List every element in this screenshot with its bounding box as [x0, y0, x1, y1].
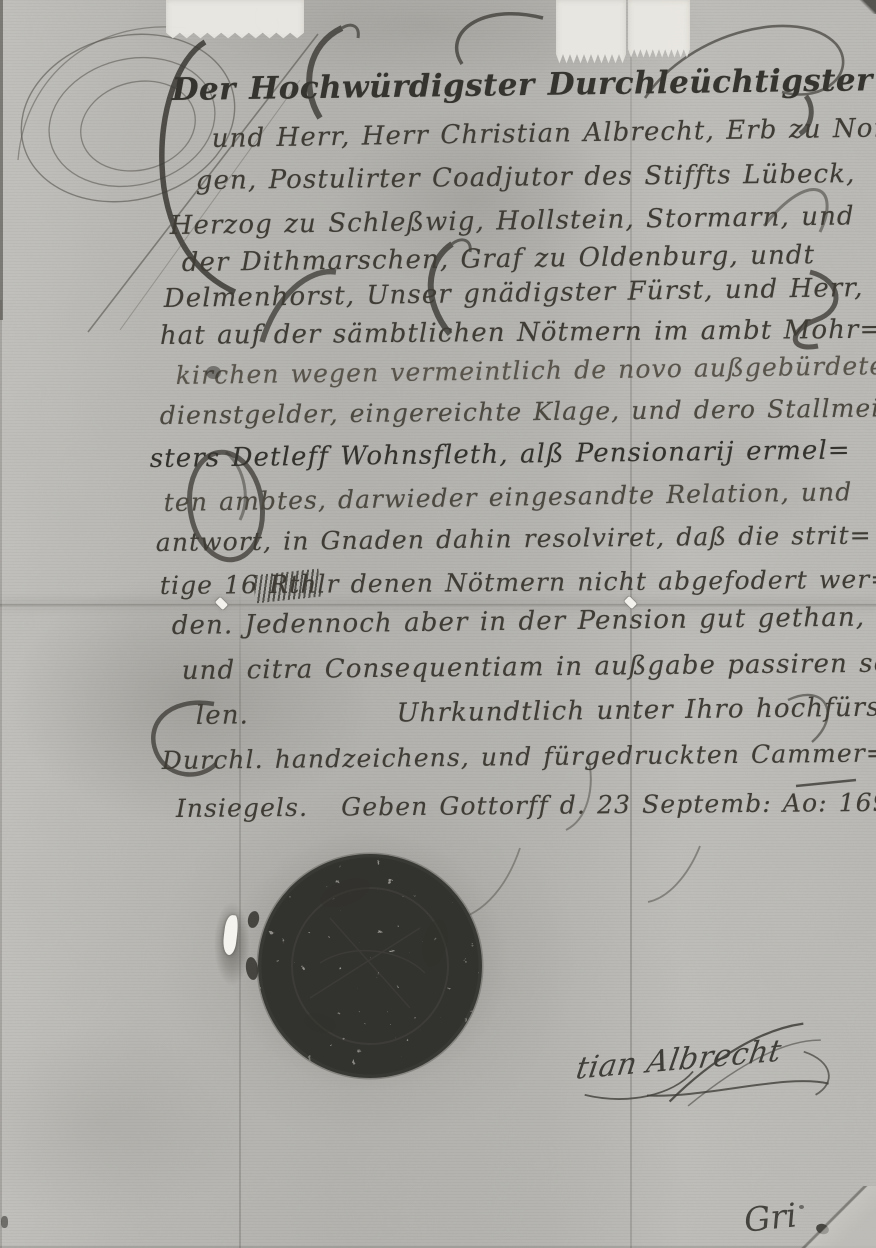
top-center-loop-flourish — [457, 14, 543, 64]
text-line: und citra Consequentiam in außgabe passi… — [182, 648, 876, 686]
tape-strip — [166, 0, 304, 40]
year-overline — [796, 780, 856, 786]
seal-pressure-halo — [228, 830, 510, 1092]
tape-strip — [556, 0, 626, 66]
text-line: ten ambtes, darwieder eingesandte Relati… — [164, 477, 853, 517]
text-line: len. Uhrkundtlich unter Ihro hochfürstl. — [196, 692, 876, 731]
text-line: antwort, in Gnaden dahin resolviret, daß… — [156, 521, 872, 557]
manuscript-page: Der Hochwürdigster Durchleüchtigster Für… — [0, 0, 876, 1248]
text-line: hat auf der sämbtlichen Nötmern im ambt … — [160, 315, 876, 351]
signature: tian Albrecht — [571, 1007, 847, 1134]
text-line: der Dithmarschen, Graf zu Oldenburg, und… — [182, 240, 816, 278]
corner-dark-nick — [857, 0, 876, 14]
text-line: den. Jedennoch aber in der Pension gut g… — [172, 603, 866, 641]
page-edge-left — [0, 0, 3, 320]
text-line: kirchen wegen vermeintlich de novo außge… — [176, 351, 876, 390]
corner-fold — [781, 1186, 876, 1248]
corner-dark-mark — [1, 1216, 8, 1228]
text-line: Delmenhorst, Unser gnädigster Fürst, und… — [164, 273, 864, 314]
text-line: Insiegels. Geben Gottorff d. 23 Septemb:… — [176, 788, 876, 823]
text-line: Herzog zu Schleßwig, Hollstein, Stormarn… — [170, 201, 855, 241]
ink-blot — [206, 366, 221, 379]
text-line: Durchl. handzeichens, und fürgedruckten … — [162, 738, 876, 775]
text-line: gen, Postulirter Coadjutor des Stiffts L… — [196, 159, 856, 196]
text-line: dienstgelder, eingereichte Klage, und de… — [160, 393, 876, 430]
text-line: und Herr, Herr Christian Albrecht, Erb z… — [212, 112, 876, 154]
text-line: Der Hochwürdigster Durchleüchtigster Für… — [171, 61, 876, 108]
tape-strip — [628, 0, 690, 60]
page-edge-left — [0, 300, 2, 1248]
text-line: sters Detleff Wohnsfleth, alß Pensionari… — [150, 435, 851, 474]
